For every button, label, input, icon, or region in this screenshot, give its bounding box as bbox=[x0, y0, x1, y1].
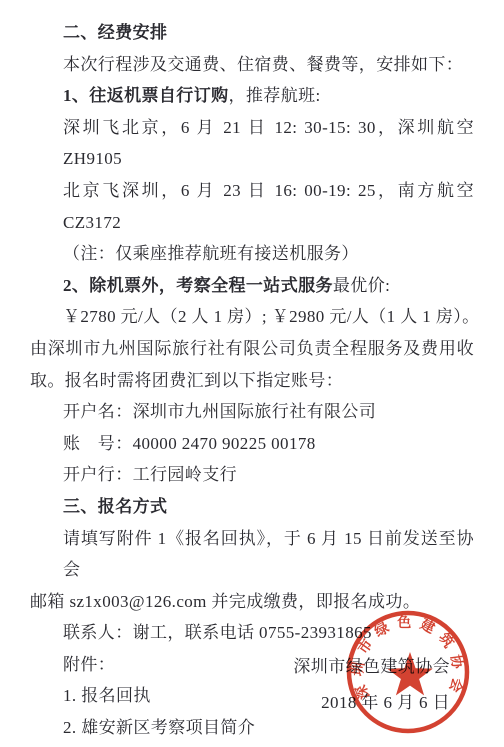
star-icon bbox=[387, 652, 433, 695]
agency-line-2: 取。报名时需将团费汇到以下指定账号： bbox=[30, 365, 474, 397]
funding-section-heading: 二、经费安排 bbox=[30, 17, 474, 49]
bank-branch-line: 开户行：工行园岭支行 bbox=[30, 459, 474, 491]
flight-note: （注：仅乘座推荐航班有接送机服务） bbox=[30, 238, 474, 270]
registration-instruction-1: 请填写附件 1《报名回执》，于 6 月 15 日前发送至协会 bbox=[30, 523, 474, 586]
agency-line-1: 由深圳市九州国际旅行社有限公司负责全程服务及费用收 bbox=[30, 333, 474, 365]
flights-item-rest-text: ，推荐航班: bbox=[229, 86, 321, 105]
document-page: 二、经费安排 本次行程涉及交通费、住宿费、餐费等，安排如下： 1、往返机票自行订… bbox=[0, 0, 504, 747]
flights-item: 1、往返机票自行订购，推荐航班: bbox=[30, 80, 474, 112]
registration-section-heading: 三、报名方式 bbox=[30, 491, 474, 523]
official-seal-stamp: 深圳市绿色建筑协会 bbox=[346, 610, 470, 734]
flights-item-bold-text: 1、往返机票自行订购 bbox=[63, 86, 229, 105]
flight-outbound: 深圳飞北京，6 月 21 日 12: 30-15: 30，深圳航空 ZH9105 bbox=[30, 112, 474, 175]
account-number-line: 账 号：40000 2470 90225 00178 bbox=[30, 428, 474, 460]
package-item: 2、除机票外，考察全程一站式服务最优价: bbox=[30, 270, 474, 302]
account-name-line: 开户名：深圳市九州国际旅行社有限公司 bbox=[30, 396, 474, 428]
package-item-bold-text: 2、除机票外，考察全程一站式服务 bbox=[63, 276, 333, 295]
flight-return: 北京飞深圳，6 月 23 日 16: 00-19: 25，南方航空 CZ3172 bbox=[30, 175, 474, 238]
funding-intro: 本次行程涉及交通费、住宿费、餐费等，安排如下： bbox=[30, 49, 474, 81]
price-line: ￥2780 元/人（2 人 1 房）; ￥2980 元/人（1 人 1 房）。 bbox=[30, 301, 474, 333]
package-item-rest-text: 最优价: bbox=[333, 276, 390, 295]
